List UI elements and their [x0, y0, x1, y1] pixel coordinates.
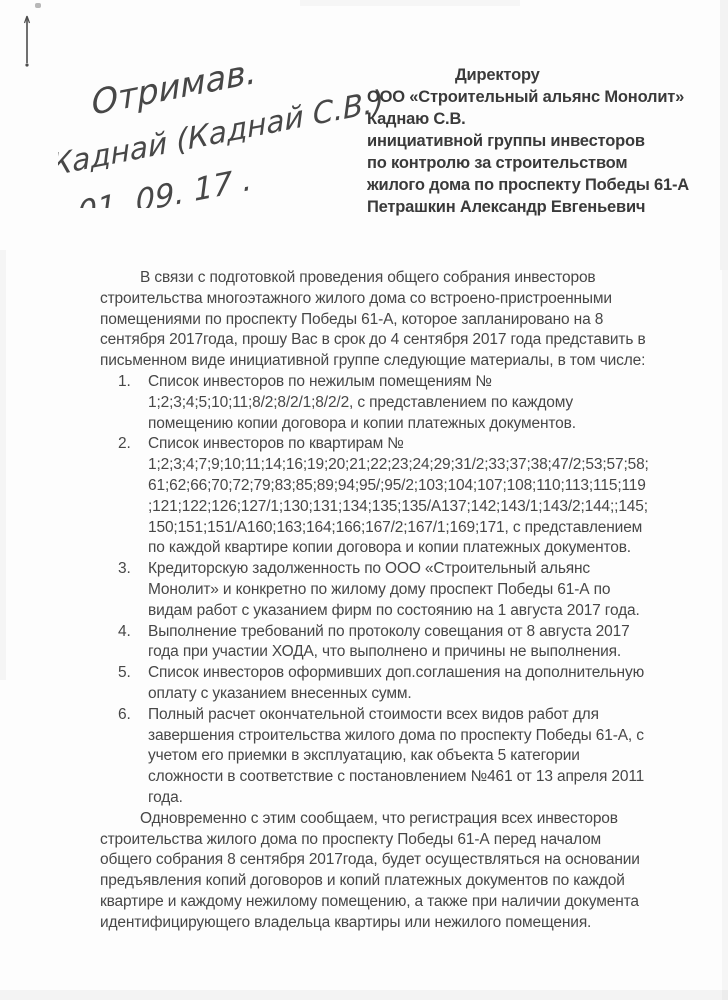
list-item: 6. Полный расчет окончательной стоимости…	[100, 705, 670, 809]
text-line: 1;2;3;4;5;10;11;8/2;8/2/1;8/2/2, с предс…	[148, 393, 576, 414]
list-item: 4. Выполнение требований по протоколу со…	[100, 622, 670, 664]
text-line: Список инвесторов оформивших доп.соглаше…	[148, 663, 644, 684]
text-line: Выполнение требований по протоколу совещ…	[148, 622, 630, 643]
text-line: Одновременно с этим сообщаем, что регист…	[100, 809, 670, 830]
text-line: письменном виде инициативной группе след…	[100, 351, 670, 372]
list-number: 6.	[118, 705, 148, 809]
sender-group-line: по контролю за строительством	[367, 152, 667, 174]
text-line: В связи с подготовкой проведения общего …	[100, 268, 670, 289]
list-number: 4.	[118, 622, 148, 664]
scan-smudge	[720, 0, 728, 270]
list-number: 2.	[118, 434, 148, 559]
text-line: видам работ с указанием фирм по состояни…	[148, 601, 640, 622]
text-line: ;121;122;126;127/1;130;131;134;135;135/А…	[148, 497, 649, 518]
sender-name: Петрашкин Александр Евгеньевич	[367, 196, 667, 218]
text-line: строительства многоэтажного жилого дома …	[100, 289, 670, 310]
handwritten-note: Отримав. Каднай (Каднай С.В.) 01. 09. 17…	[58, 28, 408, 208]
text-line: квартире и каждому нежилому помещению, а…	[100, 892, 670, 913]
list-number: 3.	[118, 559, 148, 621]
scan-smudge	[35, 3, 41, 8]
text-line: помещениями по проспекту Победы 61-А, ко…	[100, 310, 670, 331]
text-line: Полный расчет окончательной стоимости вс…	[148, 705, 644, 726]
addressee-name: Каднаю С.В.	[367, 108, 667, 130]
text-line: общего собрания 8 сентября 2017года, буд…	[100, 850, 670, 871]
text-line: оплату с указанием внесенных сумм.	[148, 684, 644, 705]
sender-group-line: инициативной группы инвесторов	[367, 130, 667, 152]
addressee-block: Директору ООО «Строительный альянс Монол…	[367, 64, 667, 218]
text-line: Список инвесторов по нежилым помещениям …	[148, 372, 576, 393]
intro-paragraph: В связи с подготовкой проведения общего …	[100, 268, 670, 372]
text-line: по каждой квартире копии договора и копи…	[148, 538, 649, 559]
closing-paragraph: Одновременно с этим сообщаем, что регист…	[100, 809, 670, 934]
text-line: помещению копии договора и копии платежн…	[148, 414, 576, 435]
list-item: 2. Список инвесторов по квартирам № 1;2;…	[100, 434, 670, 559]
text-line: идентифицирующего владельца квартиры или…	[100, 913, 670, 934]
text-line: года.	[148, 788, 644, 809]
text-line: сентября 2017года, прошу Вас в срок до 4…	[100, 330, 670, 351]
text-line: 1;2;3;4;7;9;10;11;14;16;19;20;21;22;23;2…	[148, 455, 649, 476]
list-item: 1. Список инвесторов по нежилым помещени…	[100, 372, 670, 434]
text-line: учетом его приемки в эксплуатацию, как о…	[148, 746, 644, 767]
scan-smudge	[300, 0, 520, 6]
sender-group-line: жилого дома по проспекту Победы 61-А	[367, 174, 667, 196]
text-line: предъявления копий договоров и копий пла…	[100, 871, 670, 892]
text-line: Список инвесторов по квартирам №	[148, 434, 649, 455]
list-item: 3. Кредиторскую задолженность по ООО «Ст…	[100, 559, 670, 621]
text-line: года при участии ХОДА, что выполнено и п…	[148, 642, 630, 663]
pen-mark-icon	[18, 10, 38, 74]
scan-smudge	[0, 990, 728, 1000]
addressee-company: ООО «Строительный альянс Монолит»	[367, 86, 667, 108]
list-number: 5.	[118, 663, 148, 705]
scan-smudge	[0, 250, 6, 680]
addressee-title: Директору	[367, 64, 667, 86]
list-number: 1.	[118, 372, 148, 434]
text-line: Кредиторскую задолженность по ООО «Строи…	[148, 559, 640, 580]
text-line: 61;62;66;70;72;79;83;85;89;94;95/;95/2;1…	[148, 476, 649, 497]
scan-smudge	[722, 270, 728, 1000]
text-line: завершения строительства жилого дома по …	[148, 726, 644, 747]
letter-body: В связи с подготовкой проведения общего …	[100, 268, 670, 934]
text-line: 150;151;151/А160;163;164;166;167/2;167/1…	[148, 518, 649, 539]
document-page: Отримав. Каднай (Каднай С.В.) 01. 09. 17…	[0, 0, 728, 1000]
text-line: строительства жилого дома по проспекту П…	[100, 830, 670, 851]
list-item: 5. Список инвесторов оформивших доп.согл…	[100, 663, 670, 705]
text-line: сложности в соответствие с постановление…	[148, 767, 644, 788]
text-line: Монолит» и конкретно по жилому дому прос…	[148, 580, 640, 601]
